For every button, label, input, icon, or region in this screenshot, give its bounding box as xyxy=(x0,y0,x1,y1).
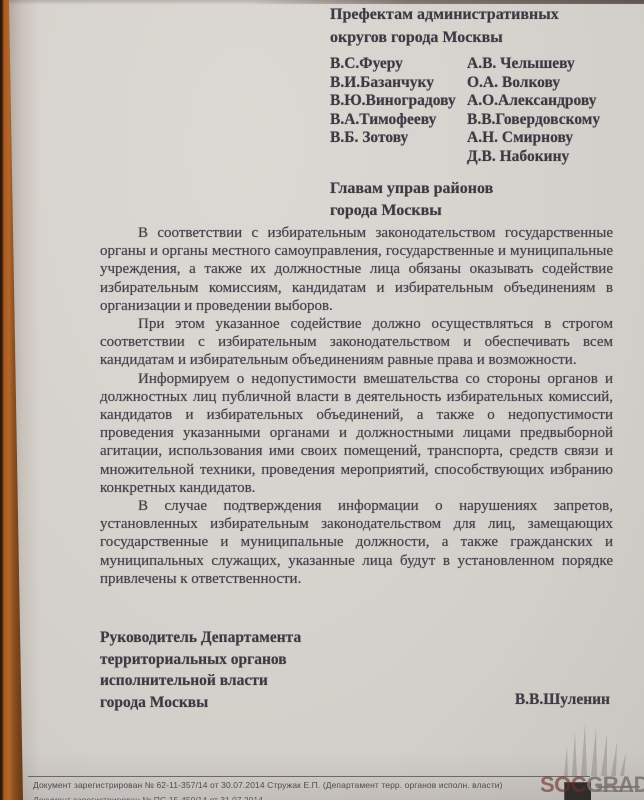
addressee-name: Д.В. Набокину xyxy=(467,148,600,167)
registration-stamp-line1: Документ зарегистрирован № 62-11-357/14 … xyxy=(33,780,503,790)
paragraph-3: Информируем о недопустимости вмешательст… xyxy=(100,370,613,497)
addressee-name: В.В.Говердовскому xyxy=(467,111,600,130)
paragraph-1: В соответствии с избирательным законодат… xyxy=(100,224,613,315)
addressee-name: А.Н. Смирнову xyxy=(467,129,600,148)
signature-title-line4: города Москвы xyxy=(100,692,301,714)
registration-stamp-line2: Документ зарегистрирован № ПС-15-459/14 … xyxy=(33,795,263,800)
signature-title-line2: территориальных органов xyxy=(100,649,301,671)
footer-divider xyxy=(28,776,590,777)
letter-body: В соответствии с избирательным законодат… xyxy=(100,224,613,588)
addressee-name: В.С.Фуеру xyxy=(330,55,467,74)
secondary-addressee-line1: Главам управ районов xyxy=(330,178,493,200)
paragraph-4: В случае подтверждения информации о нару… xyxy=(100,497,613,588)
addressee-header: Префектам административных округов город… xyxy=(330,3,559,49)
secondary-addressee: Главам управ районов города Москвы xyxy=(330,178,493,222)
addressee-name-list: В.С.Фуеру А.В. Челышеву В.И.Базанчуку О.… xyxy=(330,55,600,167)
addressee-name: В.А.Тимофееву xyxy=(330,111,467,130)
addressee-header-line1: Префектам административных xyxy=(330,3,559,26)
watermark-rays-icon xyxy=(558,724,642,776)
signature-name: В.В.Шуленин xyxy=(515,691,610,709)
addressee-name: А.В. Челышеву xyxy=(467,55,600,74)
addressee-name-empty xyxy=(330,148,467,167)
addressee-name: В.И.Базанчуку xyxy=(330,74,467,93)
addressee-name: В.Б. Зотову xyxy=(330,129,467,148)
signature-title-line3: исполнительной власти xyxy=(100,670,301,692)
addressee-name: О.А. Волкову xyxy=(467,74,600,93)
stamp-thumbnail xyxy=(564,782,591,800)
secondary-addressee-line2: города Москвы xyxy=(330,200,493,222)
paragraph-2: При этом указанное содействие должно осу… xyxy=(100,315,613,370)
addressee-name: А.О.Александрову xyxy=(467,92,600,111)
signature-title: Руководитель Департамента территориальны… xyxy=(100,627,301,713)
document-page: Префектам административных округов город… xyxy=(0,0,644,800)
stamp-thumbnail-caption xyxy=(596,784,640,794)
addressee-name: В.Ю.Виноградову xyxy=(330,92,467,111)
signature-title-line1: Руководитель Департамента xyxy=(100,627,301,649)
addressee-header-line2: округов города Москвы xyxy=(330,26,559,49)
